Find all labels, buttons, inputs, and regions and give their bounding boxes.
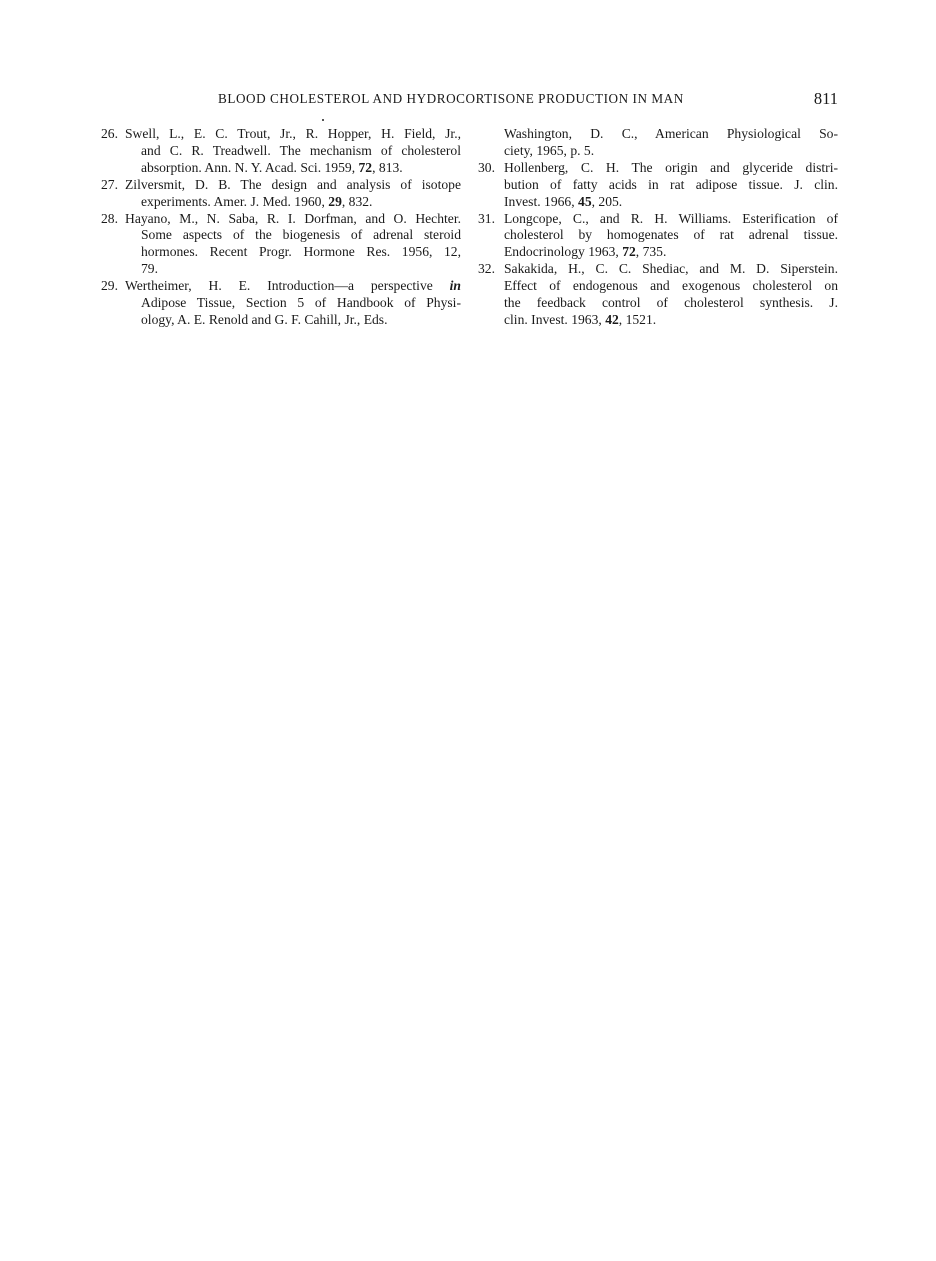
reference-text-line: Adipose Tissue, Section 5 of Handbook of… <box>101 295 461 312</box>
references-right-column: Washington, D. C., American Physiologica… <box>478 126 838 329</box>
reference-text-line: hormones. Recent Progr. Hormone Res. 195… <box>101 244 461 261</box>
reference-entry: 30.Hollenberg, C. H. The origin and glyc… <box>478 160 838 211</box>
reference-entry: 31.Longcope, C., and R. H. Williams. Est… <box>478 211 838 262</box>
reference-number: 26. <box>101 126 125 143</box>
reference-text-line: Zilversmit, D. B. The design and analysi… <box>125 177 461 194</box>
reference-number: 28. <box>101 211 125 228</box>
reference-text-line: Sakakida, H., C. C. Shediac, and M. D. S… <box>504 261 838 278</box>
reference-text-line: ology, A. E. Renold and G. F. Cahill, Jr… <box>101 312 461 329</box>
reference-text-line: absorption. Ann. N. Y. Acad. Sci. 1959, … <box>101 160 461 177</box>
reference-text-line: clin. Invest. 1963, 42, 1521. <box>478 312 838 329</box>
reference-entry: 27.Zilversmit, D. B. The design and anal… <box>101 177 461 211</box>
reference-text-line: and C. R. Treadwell. The mechanism of ch… <box>101 143 461 160</box>
references-left-column: 26.Swell, L., E. C. Trout, Jr., R. Hoppe… <box>101 126 461 329</box>
reference-number: 31. <box>478 211 504 228</box>
reference-text-line: Swell, L., E. C. Trout, Jr., R. Hopper, … <box>125 126 461 143</box>
reference-continuation: Washington, D. C., American Physiologica… <box>478 126 838 160</box>
scan-speck <box>322 119 324 121</box>
reference-text-line: ciety, 1965, p. 5. <box>478 143 838 160</box>
reference-text-line: Some aspects of the biogenesis of adrena… <box>101 227 461 244</box>
reference-text-line: Wertheimer, H. E. Introduction—a perspec… <box>125 278 461 295</box>
reference-text-line: Longcope, C., and R. H. Williams. Esteri… <box>504 211 838 228</box>
reference-text-line: Invest. 1966, 45, 205. <box>478 194 838 211</box>
reference-number: 29. <box>101 278 125 295</box>
running-title: BLOOD CHOLESTEROL AND HYDROCORTISONE PRO… <box>218 91 684 107</box>
reference-text-line: Effect of endogenous and exogenous chole… <box>478 278 838 295</box>
reference-entry: 32.Sakakida, H., C. C. Shediac, and M. D… <box>478 261 838 329</box>
reference-text-line: Hayano, M., N. Saba, R. I. Dorfman, and … <box>125 211 461 228</box>
reference-number: 32. <box>478 261 504 278</box>
reference-text-line: cholesterol by homogenates of rat adrena… <box>478 227 838 244</box>
reference-text-line: the feedback control of cholesterol synt… <box>478 295 838 312</box>
reference-number: 30. <box>478 160 504 177</box>
reference-text-line: bution of fatty acids in rat adipose tis… <box>478 177 838 194</box>
reference-entry: 28.Hayano, M., N. Saba, R. I. Dorfman, a… <box>101 211 461 279</box>
reference-entry: 29.Wertheimer, H. E. Introduction—a pers… <box>101 278 461 329</box>
reference-text-line: experiments. Amer. J. Med. 1960, 29, 832… <box>101 194 461 211</box>
running-head: BLOOD CHOLESTEROL AND HYDROCORTISONE PRO… <box>218 91 838 111</box>
reference-entry: 26.Swell, L., E. C. Trout, Jr., R. Hoppe… <box>101 126 461 177</box>
reference-text-line: Endocrinology 1963, 72, 735. <box>478 244 838 261</box>
reference-text-line: Washington, D. C., American Physiologica… <box>478 126 838 143</box>
reference-text-line: 79. <box>101 261 461 278</box>
reference-number: 27. <box>101 177 125 194</box>
page-number: 811 <box>814 89 838 109</box>
reference-text-line: Hollenberg, C. H. The origin and glyceri… <box>504 160 838 177</box>
